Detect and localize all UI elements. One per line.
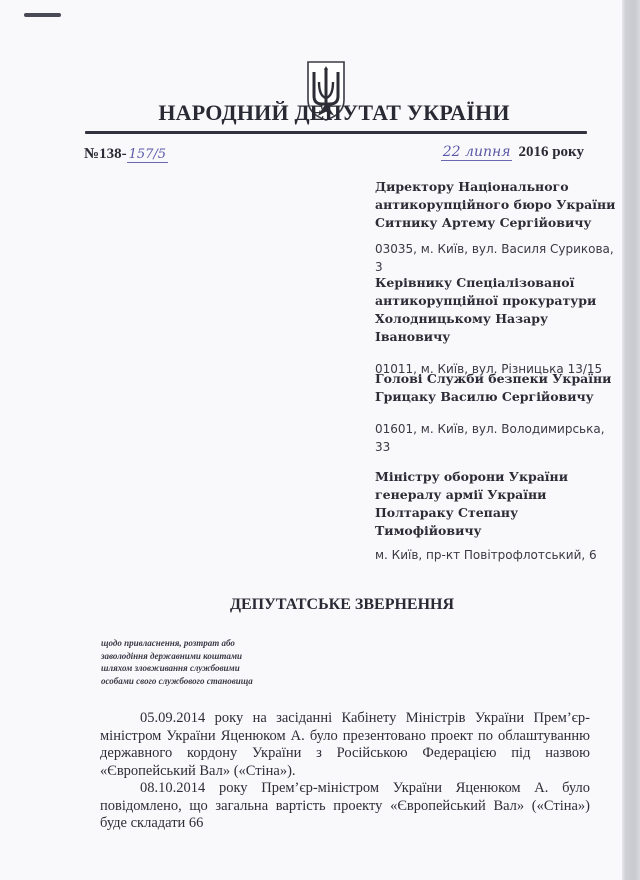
header-divider xyxy=(85,131,587,134)
scan-corner-mark xyxy=(24,13,61,17)
handwritten-date: 22 липня xyxy=(441,144,513,161)
recipient-nabu: Директору Національного антикорупційного… xyxy=(375,178,625,276)
appeal-subject: щодо привласнення, розтрат або заволодін… xyxy=(101,637,271,687)
recipient-sbu: Голові Служби безпеки України Грицаку Ва… xyxy=(375,370,625,456)
document-title: НАРОДНИЙ ДЕПУТАТ УКРАЇНИ xyxy=(0,100,640,126)
appeal-body: 05.09.2014 року на засіданні Кабінету Мі… xyxy=(100,710,590,833)
reference-number: №138-157/5 xyxy=(84,146,170,163)
recipient-name: Голові Служби безпеки України Грицаку Ва… xyxy=(375,370,625,406)
recipient-name: Міністру оборони України генералу армії … xyxy=(375,468,625,540)
body-paragraph: 08.10.2014 року Прем’єр-міністром Україн… xyxy=(100,780,590,833)
document-date: 22 липня2016 року xyxy=(441,144,584,161)
recipient-address: 03035, м. Київ, вул. Василя Сурикова, 3 xyxy=(375,240,625,276)
recipient-address: м. Київ, пр-кт Повітрофлотський, 6 xyxy=(375,546,625,564)
recipient-name: Директору Національного антикорупційного… xyxy=(375,178,625,232)
reference-prefix: №138- xyxy=(84,146,127,162)
date-year: 2016 року xyxy=(518,144,584,160)
body-paragraph: 05.09.2014 року на засіданні Кабінету Мі… xyxy=(100,710,590,780)
recipient-sap: Керівнику Спеціалізованої антикорупційно… xyxy=(375,274,625,378)
recipient-name: Керівнику Спеціалізованої антикорупційно… xyxy=(375,274,625,346)
recipient-defense-minister: Міністру оборони України генералу армії … xyxy=(375,468,625,564)
handwritten-reference: 157/5 xyxy=(127,147,168,163)
recipient-address: 01601, м. Київ, вул. Володимирська, 33 xyxy=(375,420,625,456)
appeal-title: ДЕПУТАТСЬКЕ ЗВЕРНЕННЯ xyxy=(0,596,640,614)
